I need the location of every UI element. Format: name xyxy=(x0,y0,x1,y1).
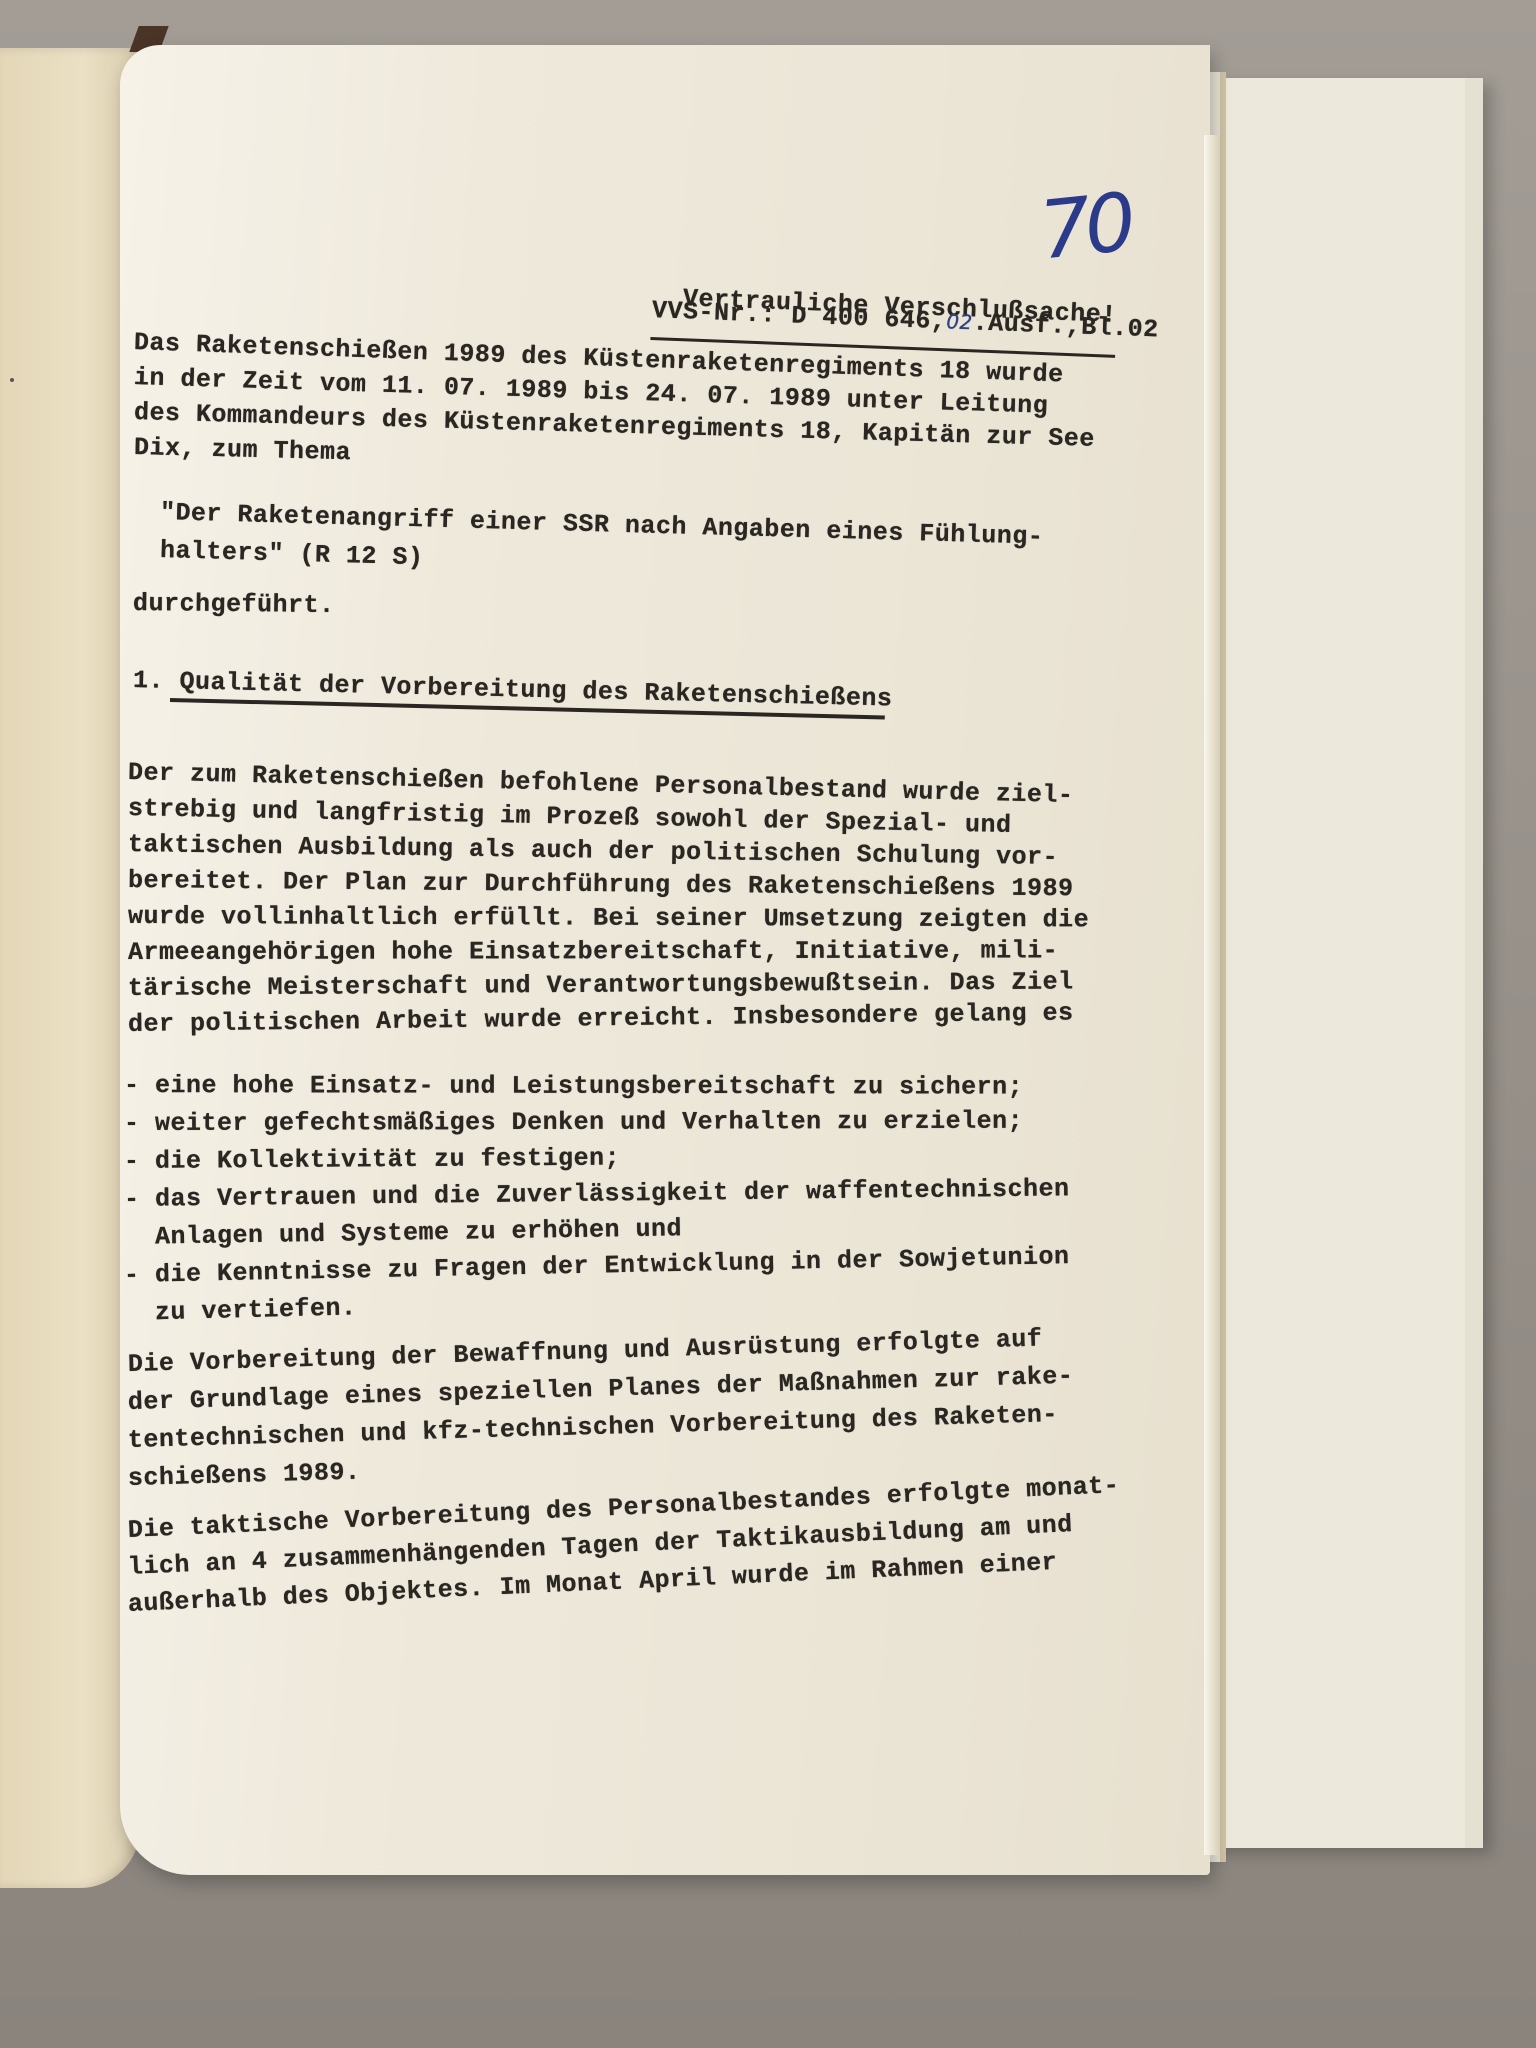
bullet-line: - die Kollektivität zu festigen; xyxy=(124,1146,620,1174)
paragraph-line: wurde vollinhaltlich erfüllt. Bei seiner… xyxy=(128,904,1089,932)
left-book-page xyxy=(0,48,140,1888)
handwritten-copy-number: 02 xyxy=(946,309,973,334)
paragraph-line: Armeeangehörigen hohe Einsatzbereitschaf… xyxy=(128,938,1058,965)
intro-line: Dix, zum Thema xyxy=(134,435,352,465)
paragraph-line: tärische Meisterschaft und Verantwortung… xyxy=(128,969,1074,1001)
bullet-line: - eine hohe Einsatz- und Leistungsbereit… xyxy=(124,1073,1023,1100)
ink-mark xyxy=(10,378,14,382)
theme-line: halters" (R 12 S) xyxy=(160,538,424,570)
handwritten-page-number: 70 xyxy=(1035,176,1134,278)
intro-conclusion: durchgeführt. xyxy=(133,591,335,618)
bullet-line: - weiter gefechtsmäßiges Denken und Verh… xyxy=(124,1109,1023,1136)
bullet-line: zu vertiefen. xyxy=(124,1295,357,1326)
paragraph-line: schießens 1989. xyxy=(128,1460,361,1491)
